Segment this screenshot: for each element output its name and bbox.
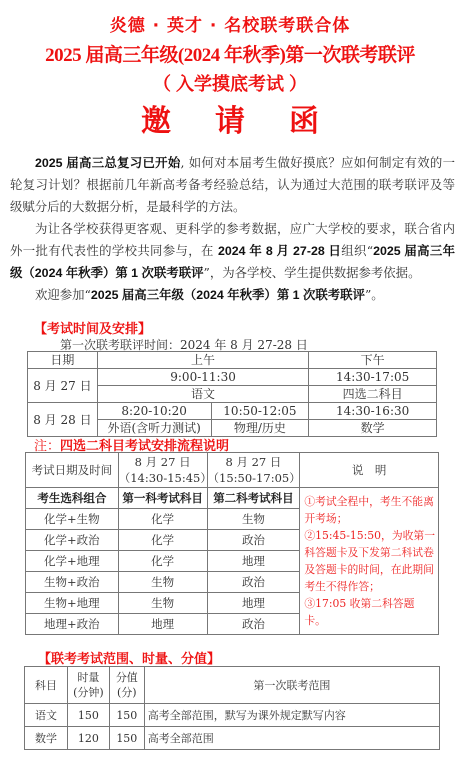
col-header-first: 第一科考试科目 [118,488,207,509]
intro-bold-date: 2024 年 8 月 27-28 日 [218,244,341,258]
elective-heading-text: 四选二科目考试安排流程说明 [60,438,229,453]
intro-paragraph-2: 为让各学校获得更客观、更科学的参考数据，应广大学校的要求，联合省内外一批有代表性… [10,218,455,284]
score-cell: 150 [109,704,144,727]
scope-cell: 高考全部范围，默写为课外规定默写内容 [144,704,439,727]
intro-text: ”。 [365,287,384,302]
intro-bold-event: 2025 届高三年级（2024 年秋季）第 1 次联考联评 [91,288,365,302]
day2-am1-time: 8:20-10:20 [97,403,211,420]
intro-paragraph-1: 2025 届高三总复习已开始, 如何对本届考生做好摸底？应如何制定有效的一轮复习… [10,152,455,218]
table-row: 8 月 27 日 9:00-11:30 14:30-17:05 [28,369,437,386]
header-morning: 上午 [97,352,309,369]
day2-pm-subject: 数学 [309,420,437,437]
scope-cell: 高考全部范围 [144,727,439,750]
header-score: 分值 [110,670,144,685]
table-row: 考试日期及时间 8 月 27 日 （14:30-15:45） 8 月 27 日 … [26,453,439,488]
schedule-heading: 【考试时间及安排】 [34,318,151,337]
col-scope-header: 第一次联考范围 [144,667,439,704]
day1-pm-time: 14:30-17:05 [309,369,437,386]
combo-cell: 地理+政治 [26,614,119,635]
slot-time: （14:30-15:45） [119,470,207,486]
first-subject-cell: 化学 [118,551,207,572]
combo-cell: 生物+政治 [26,572,119,593]
day1-pm-subject: 四选二科目 [309,386,437,403]
first-subject-cell: 化学 [118,530,207,551]
note-item: ②15:45-15:50，为收第一科答题卡及下发第二科试卷及答题卡的时间，在此期… [304,527,436,595]
first-subject-cell: 化学 [118,509,207,530]
subject-cell: 数学 [25,727,68,750]
table-row: 数学 120 150 高考全部范围 [25,727,440,750]
slot-date: 8 月 27 日 [208,454,300,470]
combo-cell: 化学+政治 [26,530,119,551]
col-second-slot: 8 月 27 日 （15:50-17:05） [207,453,300,488]
day1-am-time: 9:00-11:30 [97,369,309,386]
second-subject-cell: 政治 [207,614,300,635]
combo-cell: 生物+地理 [26,593,119,614]
col-first-slot: 8 月 27 日 （14:30-15:45） [118,453,207,488]
table-row: 日期 上午 下午 [28,352,437,369]
header-duration-unit: (分钟) [68,685,109,700]
note-item: ①考试全程中，考生不能离开考场； [304,493,436,527]
day2-date: 8 月 28 日 [28,403,98,437]
header-exam-title: 2025 届高三年级(2024 年秋季)第一次联考联评 [0,40,460,67]
slot-date: 8 月 27 日 [119,454,207,470]
invitation-char: 邀 [141,96,171,140]
col-date-time: 考试日期及时间 [26,453,119,488]
intro-bold: 2025 届高三总复习已开始 [35,156,181,170]
invitation-char: 请 [215,96,245,140]
subject-cell: 语文 [25,704,68,727]
second-subject-cell: 地理 [207,593,300,614]
table-row: 语文 150 150 高考全部范围，默写为课外规定默写内容 [25,704,440,727]
intro-text: 欢迎参加“ [35,287,91,302]
second-subject-cell: 政治 [207,530,300,551]
table-row: 考生选科组合 第一科考试科目 第二科考试科目 ①考试全程中，考生不能离开考场； … [26,488,439,509]
first-subject-cell: 生物 [118,593,207,614]
col-subject-header: 科目 [25,667,68,704]
intro-text: ”，为各学校、学生提供数据参考依据。 [203,265,420,280]
schedule-table: 日期 上午 下午 8 月 27 日 9:00-11:30 14:30-17:05… [27,351,437,437]
first-subject-cell: 地理 [118,614,207,635]
day1-date: 8 月 27 日 [28,369,98,403]
day2-am1-subject: 外语(含听力测试) [97,420,211,437]
duration-cell: 150 [67,704,109,727]
first-subject-cell: 生物 [118,572,207,593]
header-afternoon: 下午 [309,352,437,369]
col-header-second: 第二科考试科目 [207,488,300,509]
duration-cell: 120 [67,727,109,750]
day2-pm-time: 14:30-16:30 [309,403,437,420]
scope-table: 语文 科目 时量 (分钟) 分值 (分) 第一次联考范围 语文 150 150 … [24,666,440,750]
note-item: ③17:05 收第二科答题卡。 [304,595,436,629]
intro-paragraph-3: 欢迎参加“2025 届高三年级（2024 年秋季）第 1 次联考联评”。 [10,284,455,306]
elective-heading-prefix: 注： [34,438,60,453]
header-org-title: 炎德 · 英才 · 名校联考联合体 [0,11,460,36]
slot-time: （15:50-17:05） [208,470,300,486]
score-cell: 150 [109,727,144,750]
header-duration: 时量 [68,670,109,685]
combo-cell: 化学+地理 [26,551,119,572]
col-score-header: 分值 (分) [109,667,144,704]
invitation-char: 函 [289,96,319,140]
notes-cell: ①考试全程中，考生不能离开考场； ②15:45-15:50，为收第一科答题卡及下… [300,488,439,635]
second-subject-cell: 地理 [207,551,300,572]
table-row: 8 月 28 日 8:20-10:20 10:50-12:05 14:30-16… [28,403,437,420]
second-subject-cell: 政治 [207,572,300,593]
day2-am2-time: 10:50-12:05 [211,403,309,420]
col-notes-header: 说 明 [300,453,439,488]
header-invitation-title: 邀请函 [0,96,460,140]
col-header-combo: 考生选科组合 [26,488,119,509]
scope-heading: 【联考考试范围、时量、分值】 [38,648,220,667]
combo-cell: 化学+生物 [26,509,119,530]
header-subject: 科目 [35,679,57,692]
col-duration-header: 时量 (分钟) [67,667,109,704]
day2-am2-subject: 物理/历史 [211,420,309,437]
header-date: 日期 [28,352,98,369]
intro-text: 组织“ [341,243,373,258]
header-exam-subtitle: （ 入学摸底考试 ） [0,70,460,96]
elective-table: 考试日期及时间 8 月 27 日 （14:30-15:45） 8 月 27 日 … [25,452,439,635]
day1-am-subject: 语文 [97,386,309,403]
second-subject-cell: 生物 [207,509,300,530]
header-score-unit: (分) [110,685,144,700]
table-row: 语文 科目 时量 (分钟) 分值 (分) 第一次联考范围 [25,667,440,704]
